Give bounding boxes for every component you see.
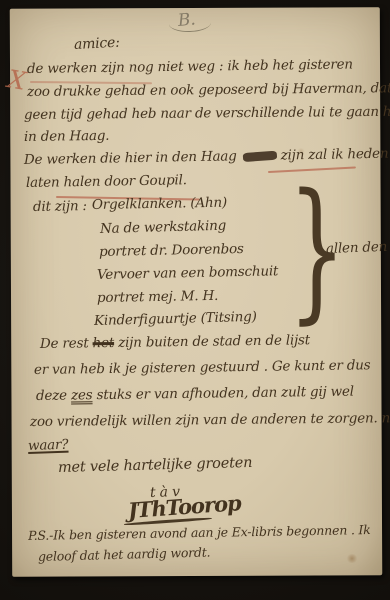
list-item: portret mej. M. H. bbox=[97, 290, 218, 306]
list-item: Orgelklanken. (Ahn) bbox=[92, 197, 227, 213]
scribbled-out-word bbox=[242, 151, 277, 162]
body-line-text: deze bbox=[36, 388, 71, 404]
brace-note: allen den Haag bbox=[326, 239, 390, 256]
list-item: Na de werkstaking bbox=[100, 220, 226, 237]
list-item: portret dr. Doorenbos bbox=[99, 243, 244, 260]
emphasized-word: zes bbox=[71, 387, 93, 403]
body-line: laten halen door Goupil. bbox=[26, 174, 187, 190]
red-margin-x-mark: X bbox=[6, 66, 28, 94]
salutation: amice: bbox=[74, 36, 120, 52]
body-line: in den Haag. bbox=[24, 130, 110, 145]
body-line: waar? bbox=[28, 439, 69, 454]
struck-word: het bbox=[92, 335, 114, 351]
photograph-background: B. X amice: de werken zijn nog niet weg … bbox=[0, 0, 390, 600]
body-line: geen tijd gehad heb naar de verschillend… bbox=[24, 106, 390, 123]
body-line-text: De rest bbox=[40, 335, 93, 352]
body-line-text: zijn buiten de stad en de lijst bbox=[114, 332, 310, 351]
list-intro: dit zijn : bbox=[33, 200, 87, 214]
